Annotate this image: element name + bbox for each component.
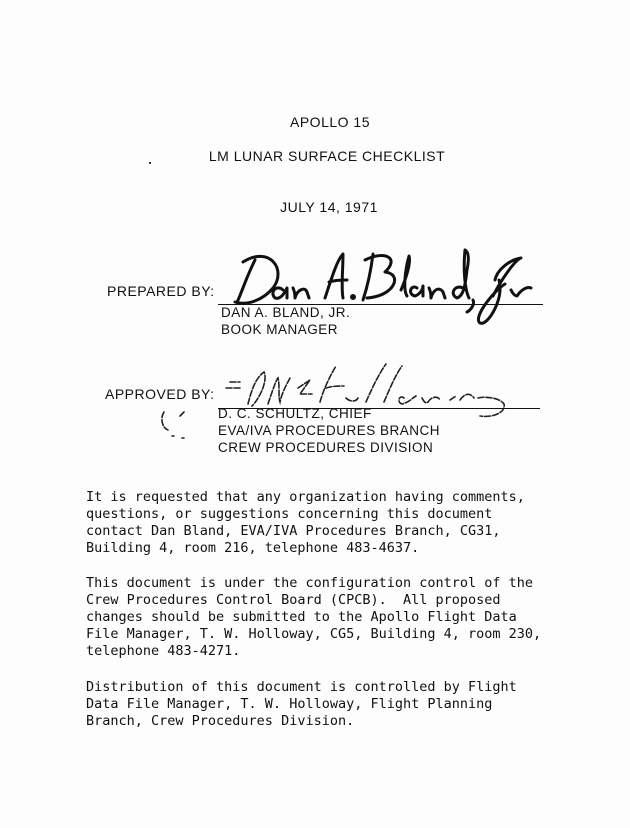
prepared-by-role: BOOK MANAGER [221,321,350,338]
distribution-paragraph: Distribution of this document is control… [86,679,586,730]
prepared-by-name: DAN A. BLAND, JR. [221,304,350,321]
approved-by-name: D. C. SCHULTZ, CHIEF [218,405,440,422]
approved-by-division: CREW PROCEDURES DIVISION [218,439,440,456]
document-date: JULY 14, 1971 [14,199,630,215]
comments-paragraph: It is requested that any organization ha… [86,489,586,557]
document-page: APOLLO 15 LM LUNAR SURFACE CHECKLIST JUL… [0,0,630,828]
scan-speck [149,162,151,164]
prepared-by-block: DAN A. BLAND, JR. BOOK MANAGER [221,304,350,338]
approved-by-branch: EVA/IVA PROCEDURES BRANCH [218,422,440,439]
document-title: APOLLO 15 [15,114,630,130]
approved-by-label: APPROVED BY: [105,386,214,402]
prepared-by-label: PREPARED BY: [107,283,215,299]
configuration-control-paragraph: This document is under the configuration… [86,575,586,660]
document-subtitle: LM LUNAR SURFACE CHECKLIST [12,148,630,164]
approved-by-block: D. C. SCHULTZ, CHIEF EVA/IVA PROCEDURES … [218,405,440,456]
